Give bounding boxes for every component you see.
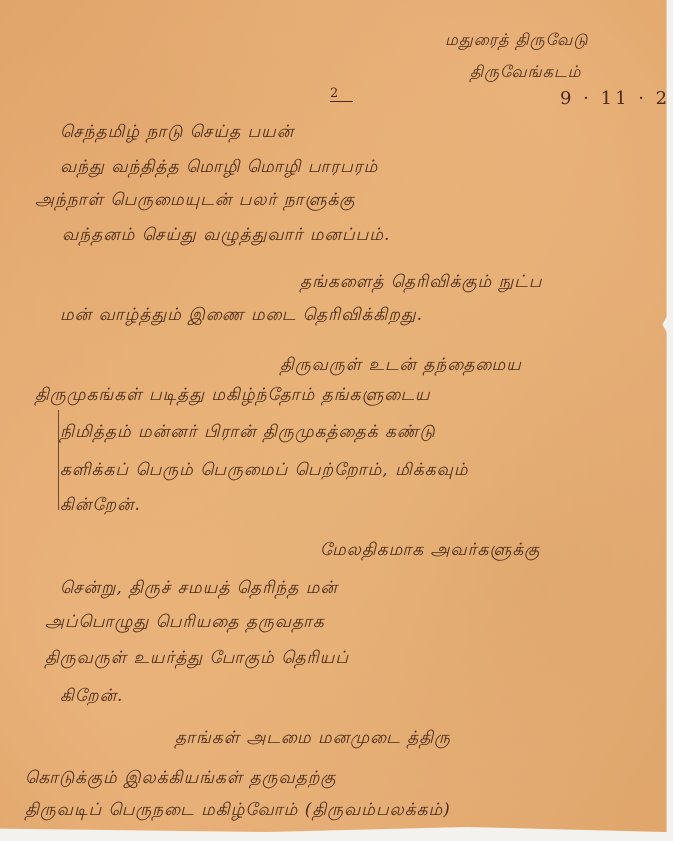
header-place-line: மதுரைத் திருவேடு: [445, 30, 589, 51]
body-line: வந்து வந்தித்த மொழி மொழி பாரபரம்: [60, 157, 378, 179]
body-line: திருவருள் உயர்த்து போகும் தெரியப்: [45, 648, 349, 670]
body-line: செந்தமிழ் நாடு செய்த பயன்: [60, 122, 294, 144]
body-line: தங்களைத் தெரிவிக்கும் நுட்ப: [300, 272, 542, 294]
body-line: தாங்கள் அடமை மனமுடை த்திரு: [175, 728, 451, 750]
body-line: மேலதிகமாக அவர்களுக்கு: [320, 540, 540, 562]
body-line: கிறேன்.: [60, 686, 123, 708]
letter-page: மதுரைத் திருவேடு திருவேங்கடம் 9 · 11 · 2…: [0, 0, 667, 832]
header-place-line-2: திருவேங்கடம்: [470, 62, 581, 83]
body-line: களிக்கப் பெரும் பெருமைப் பெற்றோம், மிக்க…: [60, 460, 469, 482]
body-line: கொடுக்கும் இலக்கியங்கள் தருவதற்கு: [25, 768, 336, 790]
body-line: திருவருள் உடன் தந்தைமைய: [280, 355, 522, 377]
margin-line: [58, 410, 59, 510]
body-line: நிமித்தம் மன்னர் பிரான் திருமுகத்தைக் கண…: [60, 422, 436, 444]
body-line: அந்நாள் பெருமையுடன் பலர் நாளுக்கு: [35, 190, 355, 212]
body-line: திருமுகங்கள் படித்து மகிழ்ந்தோம் தங்களுட…: [35, 385, 431, 407]
body-line: மன் வாழ்த்தும் இணை மடை தெரிவிக்கிறது.: [60, 305, 423, 327]
body-line: கின்றேன்.: [60, 495, 141, 517]
letter-date: 9 · 11 · 26.: [560, 88, 673, 109]
body-line: சென்று, திருச் சமயத் தெரிந்த மன்: [60, 578, 338, 600]
body-line: அப்பொழுது பெரியதை தருவதாக: [45, 612, 325, 634]
page-number: 2: [330, 86, 353, 102]
body-line: திருவடிப் பெருநடை மகிழ்வோம் (திருவம்பலக்…: [25, 800, 451, 822]
body-line: வந்தனம் செய்து வழுத்துவார் மனப்பம்.: [62, 225, 390, 247]
